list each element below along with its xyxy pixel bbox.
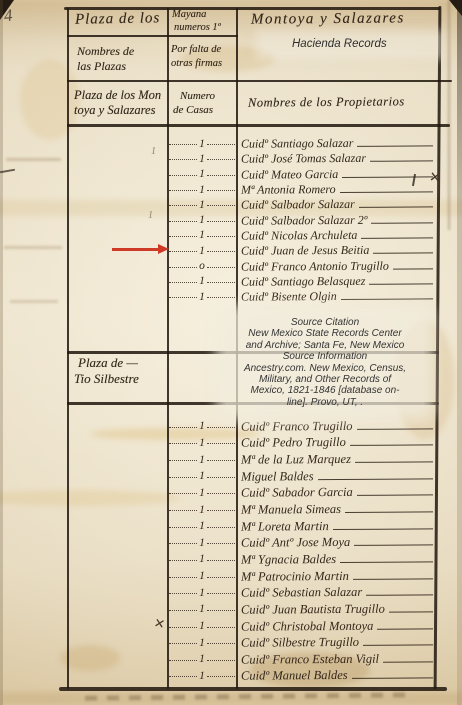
section1-plaza-line1: Plaza de los Mon (74, 88, 161, 103)
proprietor-name-cell: Cuidº Christobal Montoya (241, 618, 436, 634)
property-row: 1Cuidº Sabador Garcia (70, 485, 436, 502)
house-count: 1 (198, 653, 206, 665)
dotted-leader (169, 643, 197, 644)
collection-stamp: Hacienda Records (292, 38, 387, 50)
dotted-leader (169, 221, 197, 222)
trailing-rule (340, 561, 433, 563)
property-row: 1Cuidº Nicolas Archuleta (70, 228, 436, 243)
proprietor-name-cell: Cuidº Santiago Belasquez (241, 273, 436, 289)
house-count-cell: 1 (168, 229, 236, 241)
dotted-leader (207, 460, 235, 461)
property-row: 1Cuidº Pedro Trugillo (70, 435, 436, 452)
section1-header-divider (67, 124, 450, 127)
proprietor-name: Cuidº José Tomas Salazar (241, 151, 366, 167)
proprietor-name-cell: Mª Manuela Simeas (241, 501, 436, 517)
proprietor-name: Cuidº Franco Trugillo (241, 419, 353, 435)
proprietor-name-cell: Miguel Baldes (241, 468, 436, 484)
house-count: 1 (198, 553, 206, 565)
trailing-rule (357, 494, 433, 496)
house-count-cell: 1 (168, 245, 236, 257)
citation-line: line]. Provo, UT, . (226, 397, 424, 408)
dotted-leader (207, 477, 235, 478)
house-count-cell: 1 (168, 153, 236, 165)
dotted-leader (207, 159, 235, 160)
dotted-leader (207, 175, 235, 176)
proprietor-name: Cuidº Santiago Belasquez (241, 274, 365, 290)
proprietor-name-cell: Cuidº Franco Antonio Trugillo (241, 258, 436, 274)
house-count-cell: 1 (168, 138, 236, 150)
trailing-rule (389, 611, 433, 612)
proprietor-name: Cuidº Christobal Montoya (241, 618, 373, 634)
header-bottom-divider (67, 80, 452, 82)
dotted-leader (169, 560, 197, 561)
house-count: 1 (198, 214, 206, 226)
house-count: 1 (198, 570, 206, 582)
proprietor-name: Mª Ygnacia Baldes (241, 552, 336, 568)
dotted-leader (169, 543, 197, 544)
section1-plaza-line2: toya y Salazares (74, 103, 155, 118)
proprietor-name: Mª de la Luz Marquez (241, 452, 351, 468)
house-count-cell: 1 (168, 620, 236, 632)
trailing-rule (393, 267, 433, 268)
dotted-leader (207, 267, 235, 268)
dotted-leader (207, 610, 235, 611)
proprietor-name-cell: Cuidº Antº Jose Moya (241, 535, 436, 551)
family-title: Montoya y Salazares (251, 10, 405, 28)
proprietor-name-cell: Cuidº Nicolas Archuleta (241, 227, 436, 243)
house-count-cell: 1 (168, 275, 236, 287)
house-count: 1 (198, 520, 206, 532)
dotted-leader (207, 577, 235, 578)
house-count-cell: 1 (168, 199, 236, 211)
citation-line: New Mexico State Records Center (226, 328, 424, 339)
dotted-leader (207, 527, 235, 528)
dotted-leader (169, 236, 197, 237)
house-count: 1 (198, 153, 206, 165)
plaza-names-line1: Nombres de (77, 44, 134, 59)
trailing-rule (355, 461, 433, 463)
dotted-leader (169, 427, 197, 428)
proprietor-name-cell: Cuidº Mateo Garcia (241, 166, 436, 182)
dotted-leader (169, 577, 197, 578)
property-row: 1Cuidº Silbestre Trugillo (70, 634, 436, 651)
house-count: 1 (198, 470, 206, 482)
dotted-leader (207, 190, 235, 191)
trailing-rule (369, 283, 433, 284)
dotted-leader (207, 144, 235, 145)
proprietor-name: Cuidº Nicolas Archuleta (241, 228, 357, 244)
dotted-leader (207, 443, 235, 444)
proprietor-name-cell: Cuidº Pedro Trugillo (241, 435, 436, 451)
stray-tally-mark: 1 (148, 210, 153, 221)
property-row: 1Cuidº Antº Jose Moya (70, 534, 436, 551)
house-count-cell: 1 (168, 653, 236, 665)
section2-plaza-line1: Plaza de — (78, 355, 138, 371)
proprietor-name: Cuidº Juan de Jesus Beitia (241, 243, 369, 259)
numero-casas-line2: de Casas (173, 104, 213, 116)
proprietor-name: Cuidº Silbestre Trugillo (241, 635, 359, 651)
house-count: 1 (198, 138, 206, 150)
trailing-rule (366, 594, 433, 595)
trailing-rule (341, 298, 433, 300)
property-row: 1Cuidº Santiago Salazar (70, 136, 436, 151)
house-count: 1 (198, 275, 206, 287)
dotted-leader (169, 175, 197, 176)
house-count: 1 (198, 587, 206, 599)
propietarios-title: Nombres de los Propietarios (248, 94, 405, 110)
property-row: 1Cuidº José Tomas Salazar (70, 151, 436, 166)
stray-tally-mark: 1 (151, 146, 156, 157)
property-row: 1Cuidº Franco Trugillo (70, 418, 436, 435)
house-count: 1 (198, 245, 206, 257)
house-count: 1 (198, 504, 206, 516)
house-count-cell: 1 (168, 587, 236, 599)
header-row-divider (67, 35, 238, 37)
proprietor-name: Mª Manuela Simeas (241, 502, 341, 518)
dotted-leader (169, 510, 197, 511)
property-row: 1Mª Ygnacia Baldes (70, 551, 436, 568)
dotted-leader (169, 443, 197, 444)
ghost-handwriting (85, 692, 415, 700)
proprietor-name: Cuidº Bisente Olgin (241, 289, 337, 305)
citation-line: Military, and Other Records of (226, 374, 424, 385)
property-row: 1Cuidº Bisente Olgin (70, 289, 436, 304)
proprietor-name-cell: Cuidº José Tomas Salazar (241, 151, 436, 167)
dotted-leader (169, 477, 197, 478)
property-row: 1Cuidº Christobal Montoya (70, 618, 436, 635)
property-row: oCuidº Franco Antonio Trugillo (70, 258, 436, 273)
dotted-leader (207, 493, 235, 494)
house-count-cell: 1 (168, 537, 236, 549)
house-count-cell: 1 (168, 553, 236, 565)
proprietor-name-cell: Cuidº Salbador Salazar 2º (241, 212, 436, 228)
citation-line: Mexico, 1821-1846 [database on- (226, 385, 424, 396)
dotted-leader (169, 493, 197, 494)
proprietor-name-cell: Cuidº Manuel Baldes (241, 668, 436, 684)
property-row: 1Mª Patrocinio Martin (70, 568, 436, 585)
trailing-rule (370, 160, 433, 161)
dotted-leader (207, 251, 235, 252)
trailing-rule (353, 577, 433, 579)
citation-line: Source Citation (226, 317, 424, 328)
por-falta-line2: otras firmas (171, 58, 222, 69)
house-count: 1 (198, 537, 206, 549)
house-count: 1 (198, 168, 206, 180)
ink-bleedthrough (6, 158, 61, 161)
dotted-leader (169, 282, 197, 283)
house-count-cell: 1 (168, 670, 236, 682)
house-count-cell: o (168, 260, 236, 272)
proprietor-name-cell: Mª Antonia Romero (241, 181, 436, 197)
trailing-rule (371, 221, 433, 222)
dotted-leader (207, 593, 235, 594)
dotted-leader (169, 610, 197, 611)
proprietor-name: Cuidº Pedro Trugillo (241, 435, 346, 451)
dotted-leader (169, 190, 197, 191)
dotted-leader (169, 205, 197, 206)
dotted-leader (207, 510, 235, 511)
page-left-edge (0, 0, 3, 705)
trailing-rule (383, 661, 433, 662)
property-row: 1Cuidº Santiago Belasquez (70, 274, 436, 289)
plaza-column-title: Plaza de los (75, 10, 161, 28)
dotted-leader (207, 297, 235, 298)
trailing-rule (333, 527, 433, 529)
property-row: 1Cuidº Franco Esteban Vigil (70, 651, 436, 668)
dotted-leader (207, 205, 235, 206)
property-row: 1Mª Loreta Martin (70, 518, 436, 535)
house-count-cell: 1 (168, 504, 236, 516)
house-count: 1 (198, 437, 206, 449)
dotted-leader (169, 676, 197, 677)
proprietor-name: Cuidº Juan Bautista Trugillo (241, 602, 385, 618)
proprietor-name: Mª Antonia Romero (241, 182, 336, 198)
citation-line: Source Information (226, 351, 424, 362)
house-count: 1 (198, 637, 206, 649)
trailing-rule (318, 478, 433, 480)
house-count-cell: 1 (168, 487, 236, 499)
property-row: 1Mª de la Luz Marquez (70, 451, 436, 468)
paper-stain (20, 60, 80, 140)
por-falta-line1: Por falta de (171, 44, 221, 55)
dotted-leader (207, 221, 235, 222)
margin-number-line1: Mayana (172, 9, 206, 20)
property-row: 1Miguel Baldes (70, 468, 436, 485)
trailing-rule (357, 145, 433, 147)
paper-tear-crease (448, 0, 450, 230)
dotted-leader (169, 593, 197, 594)
house-count: 1 (198, 229, 206, 241)
proprietor-name: Cuidº Franco Esteban Vigil (241, 651, 379, 667)
house-count-cell: 1 (168, 454, 236, 466)
proprietor-name: Cuidº Sebastian Salazar (241, 585, 362, 601)
red-annotation-arrow (112, 248, 158, 251)
dotted-leader (207, 543, 235, 544)
property-row: 1Cuidº Mateo Garcia (70, 167, 436, 182)
dotted-leader (207, 643, 235, 644)
margin-number-line2: numeros 1º (174, 22, 221, 33)
dotted-leader (169, 159, 197, 160)
proprietor-name: Mª Patrocinio Martin (241, 569, 349, 585)
plaza-names-line2: las Plazas (77, 59, 126, 74)
dotted-leader (207, 676, 235, 677)
dotted-leader (169, 460, 197, 461)
trailing-rule (373, 252, 433, 253)
house-count-cell: 1 (168, 520, 236, 532)
proprietor-name-cell: Mª de la Luz Marquez (241, 451, 436, 467)
citation-line: Ancestry.com. New Mexico, Census, (226, 363, 424, 374)
proprietor-name: Cuidº Sabador Garcia (241, 485, 353, 501)
trailing-rule (340, 191, 433, 193)
dotted-leader (207, 560, 235, 561)
margin-cross-mark-right: ✕ (428, 169, 442, 187)
house-count-cell: 1 (168, 437, 236, 449)
table-border-bottom (59, 687, 447, 691)
proprietor-name: Cuidº Santiago Salazar (241, 136, 354, 152)
house-count-cell: 1 (168, 291, 236, 303)
trailing-rule (354, 544, 433, 546)
proprietor-name-cell: Mª Patrocinio Martin (241, 568, 436, 584)
house-count: 1 (198, 199, 206, 211)
proprietor-name-cell: Mª Ygnacia Baldes (241, 551, 436, 567)
trailing-rule (363, 644, 433, 645)
proprietor-name-cell: Cuidº Juan de Jesus Beitia (241, 243, 436, 259)
property-row: 1Mª Antonia Romero (70, 182, 436, 197)
dotted-leader (169, 144, 197, 145)
trailing-rule (345, 511, 433, 513)
proprietor-name: Cuidº Antº Jose Moya (241, 535, 350, 551)
house-count: 1 (198, 603, 206, 615)
ink-bleedthrough (10, 300, 58, 303)
proprietor-name: Mª Loreta Martin (241, 519, 329, 535)
property-row: 1Cuidº Salbador Salazar 2º (70, 212, 436, 227)
house-count-cell: 1 (168, 420, 236, 432)
trailing-rule (342, 176, 433, 178)
proprietor-name: Cuidº Salbador Salazar 2º (241, 212, 368, 228)
scanned-ledger-page: Plaza de los Mayana numeros 1º Montoya y… (0, 0, 462, 705)
proprietor-name-cell: Cuidº Silbestre Trugillo (241, 634, 436, 650)
property-row: 1Cuidº Salbador Salazar (70, 197, 436, 212)
section2-rows: 1Cuidº Franco Trugillo1Cuidº Pedro Trugi… (70, 418, 436, 684)
proprietor-name: Cuidº Franco Antonio Trugillo (241, 258, 389, 274)
paper-stain (0, 692, 462, 705)
proprietor-name: Cuidº Mateo Garcia (241, 167, 338, 183)
house-count: 1 (198, 620, 206, 632)
house-count: 1 (198, 454, 206, 466)
dotted-leader (169, 527, 197, 528)
proprietor-name: Cuidº Salbador Salazar (241, 197, 355, 213)
proprietor-name-cell: Cuidº Sabador Garcia (241, 485, 436, 501)
house-count: 1 (198, 184, 206, 196)
proprietor-name-cell: Cuidº Sebastian Salazar (241, 585, 436, 601)
dotted-leader (169, 297, 197, 298)
trailing-rule (357, 428, 433, 430)
section2-plaza-line2: Tio Silbestre (74, 371, 139, 387)
section1-rows: 1Cuidº Santiago Salazar1Cuidº José Tomas… (70, 136, 436, 304)
house-count-cell: 1 (168, 214, 236, 226)
proprietor-name-cell: Cuidº Bisente Olgin (241, 288, 436, 304)
house-count-cell: 1 (168, 603, 236, 615)
numero-casas-line1: Numero (180, 90, 215, 102)
dotted-leader (169, 251, 197, 252)
page-right-edge (457, 0, 462, 705)
trailing-rule (377, 627, 433, 628)
house-count-cell: 1 (168, 168, 236, 180)
proprietor-name-cell: Cuidº Franco Trugillo (241, 418, 436, 434)
house-count: 1 (198, 670, 206, 682)
property-row: 1Cuidº Sebastian Salazar (70, 584, 436, 601)
house-count: 1 (198, 487, 206, 499)
proprietor-name-cell: Cuidº Juan Bautista Trugillo (241, 601, 436, 617)
proprietor-name-cell: Mª Loreta Martin (241, 518, 436, 534)
page-number: 4 (3, 6, 14, 27)
property-row: 1Mª Manuela Simeas (70, 501, 436, 518)
trailing-rule (352, 677, 433, 679)
proprietor-name: Cuidº Manuel Baldes (241, 668, 348, 684)
property-row: 1Cuidº Manuel Baldes (70, 668, 436, 685)
house-count-cell: 1 (168, 637, 236, 649)
house-count: 1 (198, 420, 206, 432)
house-count-cell: 1 (168, 570, 236, 582)
proprietor-name: Miguel Baldes (241, 469, 314, 485)
dotted-leader (169, 267, 197, 268)
house-count: 1 (198, 291, 206, 303)
dotted-leader (207, 660, 235, 661)
proprietor-name-cell: Cuidº Santiago Salazar (241, 135, 436, 151)
house-count-cell: 1 (168, 184, 236, 196)
trailing-rule (359, 206, 433, 208)
trailing-rule (350, 444, 433, 446)
property-row: 1Cuidº Juan Bautista Trugillo (70, 601, 436, 618)
dotted-leader (207, 627, 235, 628)
ink-bleedthrough (4, 246, 62, 249)
dotted-leader (169, 660, 197, 661)
citation-line: and Archive; Santa Fe, New Mexico (226, 340, 424, 351)
house-count: o (198, 260, 206, 272)
dotted-leader (207, 236, 235, 237)
dotted-leader (207, 427, 235, 428)
house-count-cell: 1 (168, 470, 236, 482)
trailing-rule (361, 237, 433, 238)
dotted-leader (169, 627, 197, 628)
table-border-left (67, 8, 69, 689)
source-citation-overlay: Source CitationNew Mexico State Records … (226, 315, 424, 410)
dotted-leader (207, 282, 235, 283)
proprietor-name-cell: Cuidº Salbador Salazar (241, 197, 436, 213)
proprietor-name-cell: Cuidº Franco Esteban Vigil (241, 651, 436, 667)
